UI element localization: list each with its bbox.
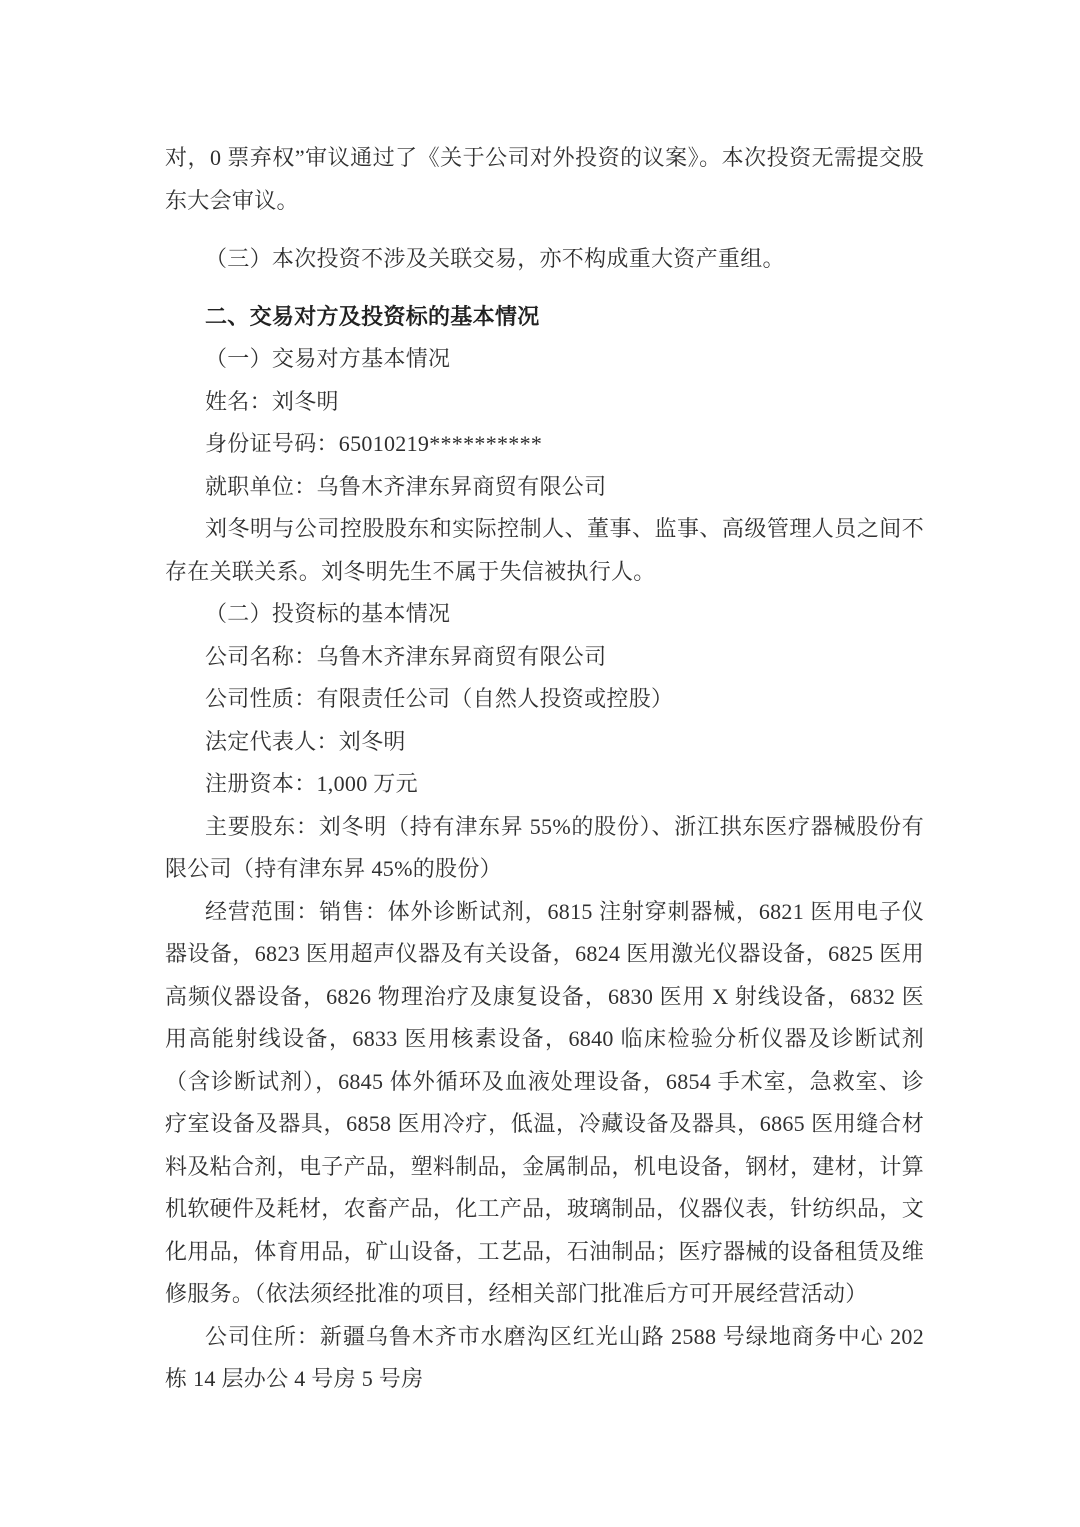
para-business-scope: 经营范围：销售：体外诊断试剂，6815 注射穿刺器械，6821 医用电子仪器设备… — [165, 891, 924, 1316]
para-item-three: （三）本次投资不涉及关联交易，亦不构成重大资产重组。 — [165, 238, 924, 281]
para-legal-representative: 法定代表人：刘冬明 — [165, 721, 924, 764]
para-registered-capital: 注册资本：1,000 万元 — [165, 763, 924, 806]
document-body: 对，0 票弃权”审议通过了《关于公司对外投资的议案》。本次投资无需提交股东大会审… — [165, 137, 924, 1401]
para-item-one: （一）交易对方基本情况 — [165, 338, 924, 381]
para-company-address: 公司住所：新疆乌鲁木齐市水磨沟区红光山路 2588 号绿地商务中心 202 栋 … — [165, 1316, 924, 1401]
para-relationship: 刘冬明与公司控股股东和实际控制人、董事、监事、高级管理人员之间不存在关联关系。刘… — [165, 508, 924, 593]
para-voting-result-continued: 对，0 票弃权”审议通过了《关于公司对外投资的议案》。本次投资无需提交股东大会审… — [165, 137, 924, 222]
para-item-two: （二）投资标的基本情况 — [165, 593, 924, 636]
para-company-type: 公司性质：有限责任公司（自然人投资或控股） — [165, 678, 924, 721]
para-major-shareholders: 主要股东：刘冬明（持有津东昇 55%的股份）、浙江拱东医疗器械股份有限公司（持有… — [165, 806, 924, 891]
document-page: 对，0 票弃权”审议通过了《关于公司对外投资的议案》。本次投资无需提交股东大会审… — [0, 0, 1080, 1527]
para-employer: 就职单位：乌鲁木齐津东昇商贸有限公司 — [165, 466, 924, 509]
para-id-number: 身份证号码：65010219********** — [165, 423, 924, 466]
para-company-name: 公司名称：乌鲁木齐津东昇商贸有限公司 — [165, 636, 924, 679]
para-name: 姓名：刘冬明 — [165, 381, 924, 424]
section-two-heading: 二、交易对方及投资标的基本情况 — [165, 296, 924, 339]
